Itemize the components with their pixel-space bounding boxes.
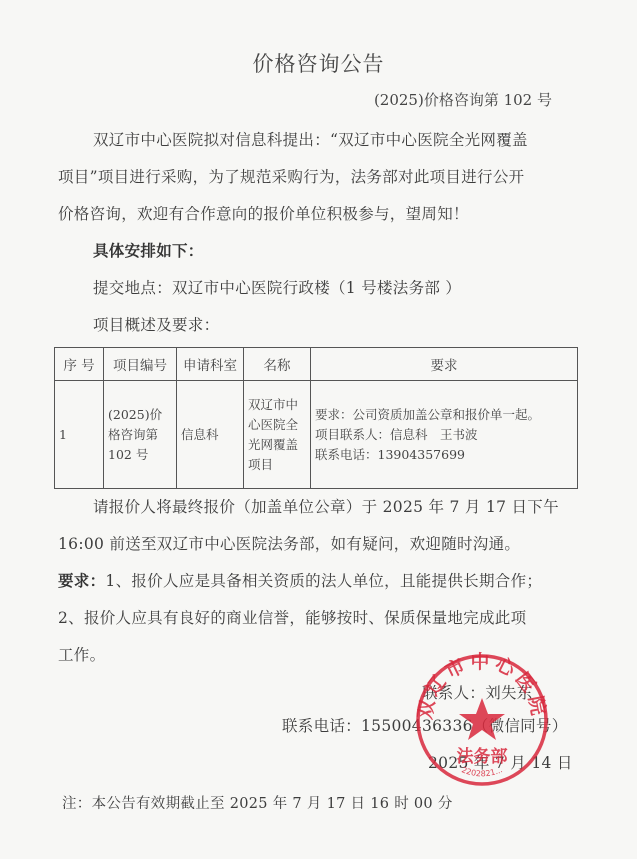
validity-note: 注：本公告有效期截止至 2025 年 7 月 17 日 16 时 00 分	[62, 792, 453, 813]
submission-location: 提交地点：双辽市中心医院行政楼（1 号楼法务部 ）	[93, 276, 461, 298]
arrangement-heading: 具体安排如下：	[93, 239, 204, 261]
requirements-label: 要求：	[58, 571, 105, 590]
official-seal: 双辽市中心医院 法务部 2202821...	[412, 650, 552, 790]
table-header-row: 序 号 项目编号 申请科室 名称 要求	[55, 348, 578, 381]
page-title: 价格咨询公告	[0, 48, 637, 78]
intro-line-1: 双辽市中心医院拟对信息科提出：“双辽市中心医院全光网覆盖	[93, 128, 528, 150]
intro-line-3: 价格咨询，欢迎有合作意向的报价单位积极参与，望周知！	[58, 202, 469, 224]
requirement-line: 要求：公司资质加盖公章和报价单一起。	[315, 405, 573, 425]
document-number: (2025)价格咨询第 102 号	[374, 89, 552, 110]
submission-line-2: 16:00 前送至双辽市中心医院法务部，如有疑问，欢迎随时沟通。	[58, 532, 520, 554]
svg-text:2202821...: 2202821...	[460, 765, 504, 778]
requirements-table: 序 号 项目编号 申请科室 名称 要求 1 (2025)价格咨询第 102 号 …	[54, 347, 578, 489]
intro-line-2: 项目”项目进行采购，为了规范采购行为，法务部对此项目进行公开	[58, 165, 524, 187]
header-project-no: 项目编号	[104, 348, 177, 381]
cell-name: 双辽市中心医院全光网覆盖项目	[244, 381, 311, 489]
requirements-line-3: 工作。	[58, 643, 105, 665]
document-page: 价格咨询公告 (2025)价格咨询第 102 号 双辽市中心医院拟对信息科提出：…	[0, 0, 637, 859]
phone-line: 联系电话：13904357699	[315, 445, 573, 465]
header-department: 申请科室	[177, 348, 244, 381]
overview-heading: 项目概述及要求：	[93, 313, 219, 335]
svg-text:法务部: 法务部	[457, 746, 508, 767]
cell-requirements: 要求：公司资质加盖公章和报价单一起。 项目联系人：信息科 王书波 联系电话：13…	[311, 381, 578, 489]
cell-department: 信息科	[177, 381, 244, 489]
submission-line-1: 请报价人将最终报价（加盖单位公章）于 2025 年 7 月 17 日下午	[93, 495, 559, 517]
requirements-line-2: 2、报价人应具有良好的商业信誉，能够按时、保质保量地完成此项	[58, 606, 526, 628]
header-seq: 序 号	[55, 348, 104, 381]
seal-icon: 双辽市中心医院 法务部 2202821...	[412, 650, 552, 790]
header-name: 名称	[244, 348, 311, 381]
header-requirements: 要求	[311, 348, 578, 381]
cell-seq: 1	[55, 381, 104, 489]
requirements-item-1: 1、报价人应是具备相关资质的法人单位，且能提供长期合作；	[105, 572, 542, 590]
requirements-line-1: 要求：1、报价人应是具备相关资质的法人单位，且能提供长期合作；	[58, 569, 542, 591]
cell-project-no: (2025)价格咨询第 102 号	[104, 381, 177, 489]
table-row: 1 (2025)价格咨询第 102 号 信息科 双辽市中心医院全光网覆盖项目 要…	[55, 381, 578, 489]
contact-line: 项目联系人：信息科 王书波	[315, 425, 573, 445]
